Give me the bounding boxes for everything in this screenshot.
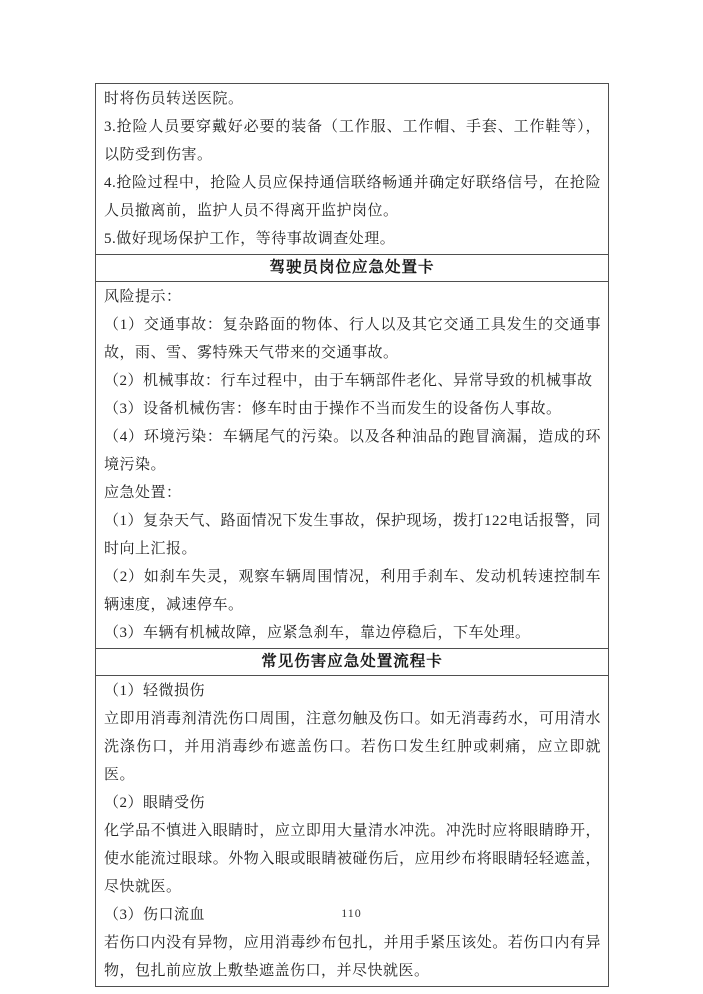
paragraph: 3.抢险人员要穿戴好必要的装备（工作服、工作帽、手套、工作鞋等），以防受到伤害。 [104, 113, 601, 169]
table-cell-rescue-continuation: 时将伤员转送医院。 3.抢险人员要穿戴好必要的装备（工作服、工作帽、手套、工作鞋… [96, 84, 608, 255]
paragraph: 4.抢险过程中，抢险人员应保持通信联络畅通并确定好联络信号，在抢险人员撤离前，监… [104, 169, 601, 225]
paragraph: 风险提示： [104, 283, 601, 311]
paragraph: （1）交通事故：复杂路面的物体、行人以及其它交通工具发生的交通事故，雨、雪、雾特… [104, 311, 601, 367]
paragraph: （2）如刹车失灵，观察车辆周围情况，利用手刹车、发动机转速控制车辆速度，减速停车… [104, 563, 601, 619]
paragraph: （2）眼睛受伤 [104, 789, 601, 817]
paragraph: 应急处置： [104, 479, 601, 507]
paragraph: 5.做好现场保护工作，等待事故调查处理。 [104, 225, 601, 253]
table-cell-driver-card-body: 风险提示： （1）交通事故：复杂路面的物体、行人以及其它交通工具发生的交通事故，… [96, 282, 608, 649]
paragraph: （3）车辆有机械故障，应紧急刹车，靠边停稳后，下车处理。 [104, 619, 601, 647]
emergency-card-table: 时将伤员转送医院。 3.抢险人员要穿戴好必要的装备（工作服、工作帽、手套、工作鞋… [95, 83, 609, 987]
paragraph: （1）轻微损伤 [104, 677, 601, 705]
table-cell-injury-card-body: （1）轻微损伤 立即用消毒剂清洗伤口周围，注意勿触及伤口。如无消毒药水，可用清水… [96, 676, 608, 986]
driver-card-title: 驾驶员岗位应急处置卡 [269, 259, 434, 276]
paragraph: 化学品不慎进入眼睛时，应立即用大量清水冲洗。冲洗时应将眼睛睁开，使水能流过眼球。… [104, 817, 601, 901]
table-header-injury-card: 常见伤害应急处置流程卡 [96, 649, 608, 676]
paragraph: 若伤口内没有异物，应用消毒纱布包扎，并用手紧压该处。若伤口内有异物，包扎前应放上… [104, 929, 601, 985]
paragraph: （4）环境污染：车辆尾气的污染。以及各种油品的跑冒滴漏，造成的环境污染。 [104, 423, 601, 479]
table-header-driver-card: 驾驶员岗位应急处置卡 [96, 255, 608, 282]
paragraph: （3）设备机械伤害：修车时由于操作不当而发生的设备伤人事故。 [104, 395, 601, 423]
document-page: 时将伤员转送医院。 3.抢险人员要穿戴好必要的装备（工作服、工作帽、手套、工作鞋… [0, 0, 703, 994]
injury-card-title: 常见伤害应急处置流程卡 [261, 653, 443, 670]
paragraph: 立即用消毒剂清洗伤口周围，注意勿触及伤口。如无消毒药水，可用清水洗涤伤口，并用消… [104, 705, 601, 789]
paragraph: （2）机械事故：行车过程中，由于车辆部件老化、异常导致的机械事故 [104, 367, 601, 395]
page-number: 110 [0, 906, 703, 921]
paragraph: （1）复杂天气、路面情况下发生事故，保护现场，拨打122电话报警，同时向上汇报。 [104, 507, 601, 563]
paragraph: 时将伤员转送医院。 [104, 85, 601, 113]
